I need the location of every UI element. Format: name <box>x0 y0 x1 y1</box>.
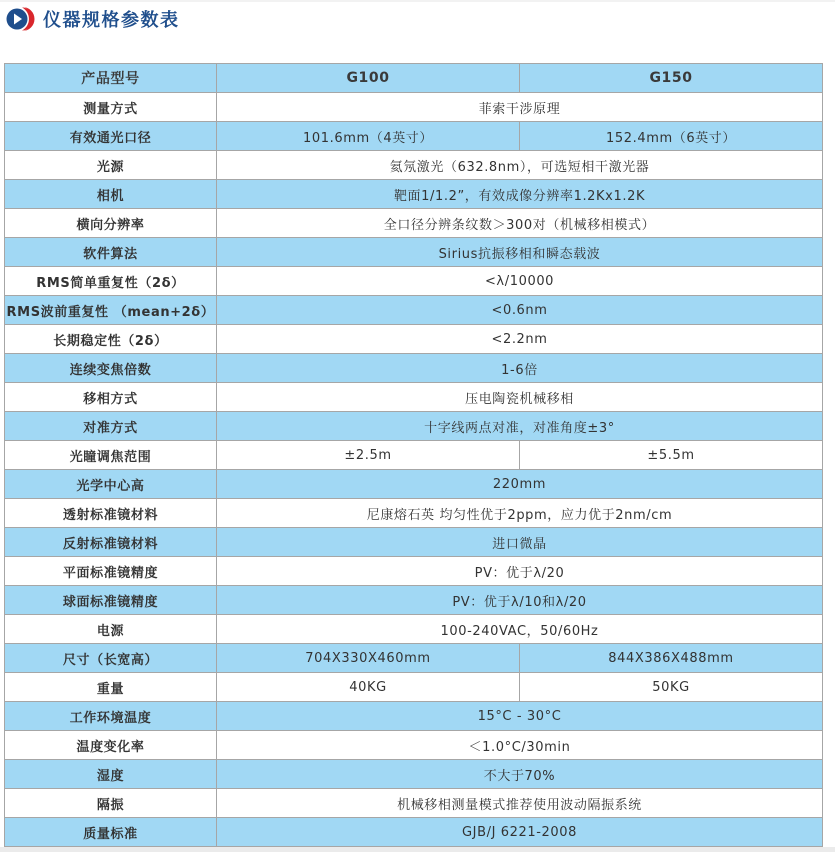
table-row: 工作环境温度15°C - 30°C <box>5 702 823 731</box>
table-row: 尺寸（长宽高）704X330X460mm844X386X488mm <box>5 644 823 673</box>
column-header-g100: G100 <box>217 64 520 93</box>
row-label: 球面标准镜精度 <box>5 586 217 615</box>
row-value-shared: ＜1.0°C/30min <box>217 731 823 760</box>
row-label: 光源 <box>5 151 217 180</box>
table-row: 重量40KG50KG <box>5 673 823 702</box>
row-value-g150: 152.4mm（6英寸） <box>520 122 823 151</box>
table-row: 湿度不大于70% <box>5 760 823 789</box>
row-label: 软件算法 <box>5 238 217 267</box>
row-value-shared: PV：优于λ/10和λ/20 <box>217 586 823 615</box>
table-row: 连续变焦倍数1-6倍 <box>5 354 823 383</box>
row-label: 透射标准镜材料 <box>5 499 217 528</box>
row-label: 重量 <box>5 673 217 702</box>
row-value-shared: PV：优于λ/20 <box>217 557 823 586</box>
row-value-g100: ±2.5m <box>217 441 520 470</box>
table-row: 隔振机械移相测量模式推荐使用波动隔振系统 <box>5 789 823 818</box>
row-value-shared: 机械移相测量模式推荐使用波动隔振系统 <box>217 789 823 818</box>
table-row: 相机靶面1/1.2”，有效成像分辨率1.2Kx1.2K <box>5 180 823 209</box>
column-header-model: 产品型号 <box>5 64 217 93</box>
row-label: 测量方式 <box>5 93 217 122</box>
row-value-shared: 1-6倍 <box>217 354 823 383</box>
table-row: 有效通光口径101.6mm（4英寸）152.4mm（6英寸） <box>5 122 823 151</box>
row-label: 隔振 <box>5 789 217 818</box>
section-header: 仪器规格参数表 <box>5 5 180 33</box>
row-label: 湿度 <box>5 760 217 789</box>
row-label: 工作环境温度 <box>5 702 217 731</box>
table-row: 反射标准镜材料进口微晶 <box>5 528 823 557</box>
table-row: 光源氦氖激光（632.8nm），可选短相干激光器 <box>5 151 823 180</box>
row-label: 长期稳定性（2δ） <box>5 325 217 354</box>
row-label: 光学中心高 <box>5 470 217 499</box>
row-label: 平面标准镜精度 <box>5 557 217 586</box>
row-value-shared: 十字线两点对准，对准角度±3° <box>217 412 823 441</box>
row-value-shared: <0.6nm <box>217 296 823 325</box>
row-label: 质量标准 <box>5 818 217 847</box>
page-title: 仪器规格参数表 <box>43 6 180 32</box>
row-value-shared: 进口微晶 <box>217 528 823 557</box>
row-label: 横向分辨率 <box>5 209 217 238</box>
row-label: 相机 <box>5 180 217 209</box>
top-divider <box>0 0 835 2</box>
row-label: RMS简单重复性（2δ） <box>5 267 217 296</box>
row-label: 有效通光口径 <box>5 122 217 151</box>
table-row: 长期稳定性（2δ）<2.2nm <box>5 325 823 354</box>
row-value-shared: GJB/J 6221-2008 <box>217 818 823 847</box>
row-label: 温度变化率 <box>5 731 217 760</box>
spec-table: 产品型号 G100 G150 测量方式菲索干涉原理有效通光口径101.6mm（4… <box>4 63 823 847</box>
row-value-shared: 靶面1/1.2”，有效成像分辨率1.2Kx1.2K <box>217 180 823 209</box>
table-row: 透射标准镜材料尼康熔石英 均匀性优于2ppm，应力优于2nm/cm <box>5 499 823 528</box>
row-value-shared: <2.2nm <box>217 325 823 354</box>
row-label: RMS波前重复性 （mean+2δ） <box>5 296 217 325</box>
row-value-g150: 50KG <box>520 673 823 702</box>
row-value-shared: 15°C - 30°C <box>217 702 823 731</box>
table-row: RMS波前重复性 （mean+2δ）<0.6nm <box>5 296 823 325</box>
table-row: RMS简单重复性（2δ）<λ/10000 <box>5 267 823 296</box>
bottom-strip <box>0 847 835 852</box>
table-row: 温度变化率＜1.0°C/30min <box>5 731 823 760</box>
row-label: 光瞳调焦范围 <box>5 441 217 470</box>
row-value-shared: 全口径分辨条纹数＞300对（机械移相模式） <box>217 209 823 238</box>
table-row: 移相方式压电陶瓷机械移相 <box>5 383 823 412</box>
table-row: 光瞳调焦范围±2.5m±5.5m <box>5 441 823 470</box>
row-value-shared: 氦氖激光（632.8nm），可选短相干激光器 <box>217 151 823 180</box>
row-value-shared: 尼康熔石英 均匀性优于2ppm，应力优于2nm/cm <box>217 499 823 528</box>
row-value-shared: 不大于70% <box>217 760 823 789</box>
row-value-g100: 40KG <box>217 673 520 702</box>
row-value-shared: <λ/10000 <box>217 267 823 296</box>
table-row: 测量方式菲索干涉原理 <box>5 93 823 122</box>
row-label: 对准方式 <box>5 412 217 441</box>
row-label: 尺寸（长宽高） <box>5 644 217 673</box>
row-value-shared: 压电陶瓷机械移相 <box>217 383 823 412</box>
row-value-g100: 101.6mm（4英寸） <box>217 122 520 151</box>
row-label: 移相方式 <box>5 383 217 412</box>
table-row: 软件算法Sirius抗振移相和瞬态载波 <box>5 238 823 267</box>
table-row: 对准方式十字线两点对准，对准角度±3° <box>5 412 823 441</box>
row-label: 连续变焦倍数 <box>5 354 217 383</box>
column-header-g150: G150 <box>520 64 823 93</box>
table-header-row: 产品型号 G100 G150 <box>5 64 823 93</box>
row-label: 电源 <box>5 615 217 644</box>
table-row: 电源100-240VAC，50/60Hz <box>5 615 823 644</box>
table-row: 光学中心高220mm <box>5 470 823 499</box>
table-row: 横向分辨率全口径分辨条纹数＞300对（机械移相模式） <box>5 209 823 238</box>
table-row: 平面标准镜精度PV：优于λ/20 <box>5 557 823 586</box>
row-label: 反射标准镜材料 <box>5 528 217 557</box>
row-value-g150: ±5.5m <box>520 441 823 470</box>
table-row: 质量标准GJB/J 6221-2008 <box>5 818 823 847</box>
row-value-shared: Sirius抗振移相和瞬态载波 <box>217 238 823 267</box>
row-value-shared: 100-240VAC，50/60Hz <box>217 615 823 644</box>
row-value-g100: 704X330X460mm <box>217 644 520 673</box>
table-row: 球面标准镜精度PV：优于λ/10和λ/20 <box>5 586 823 615</box>
row-value-shared: 菲索干涉原理 <box>217 93 823 122</box>
row-value-g150: 844X386X488mm <box>520 644 823 673</box>
row-value-shared: 220mm <box>217 470 823 499</box>
play-circle-icon <box>5 6 35 32</box>
